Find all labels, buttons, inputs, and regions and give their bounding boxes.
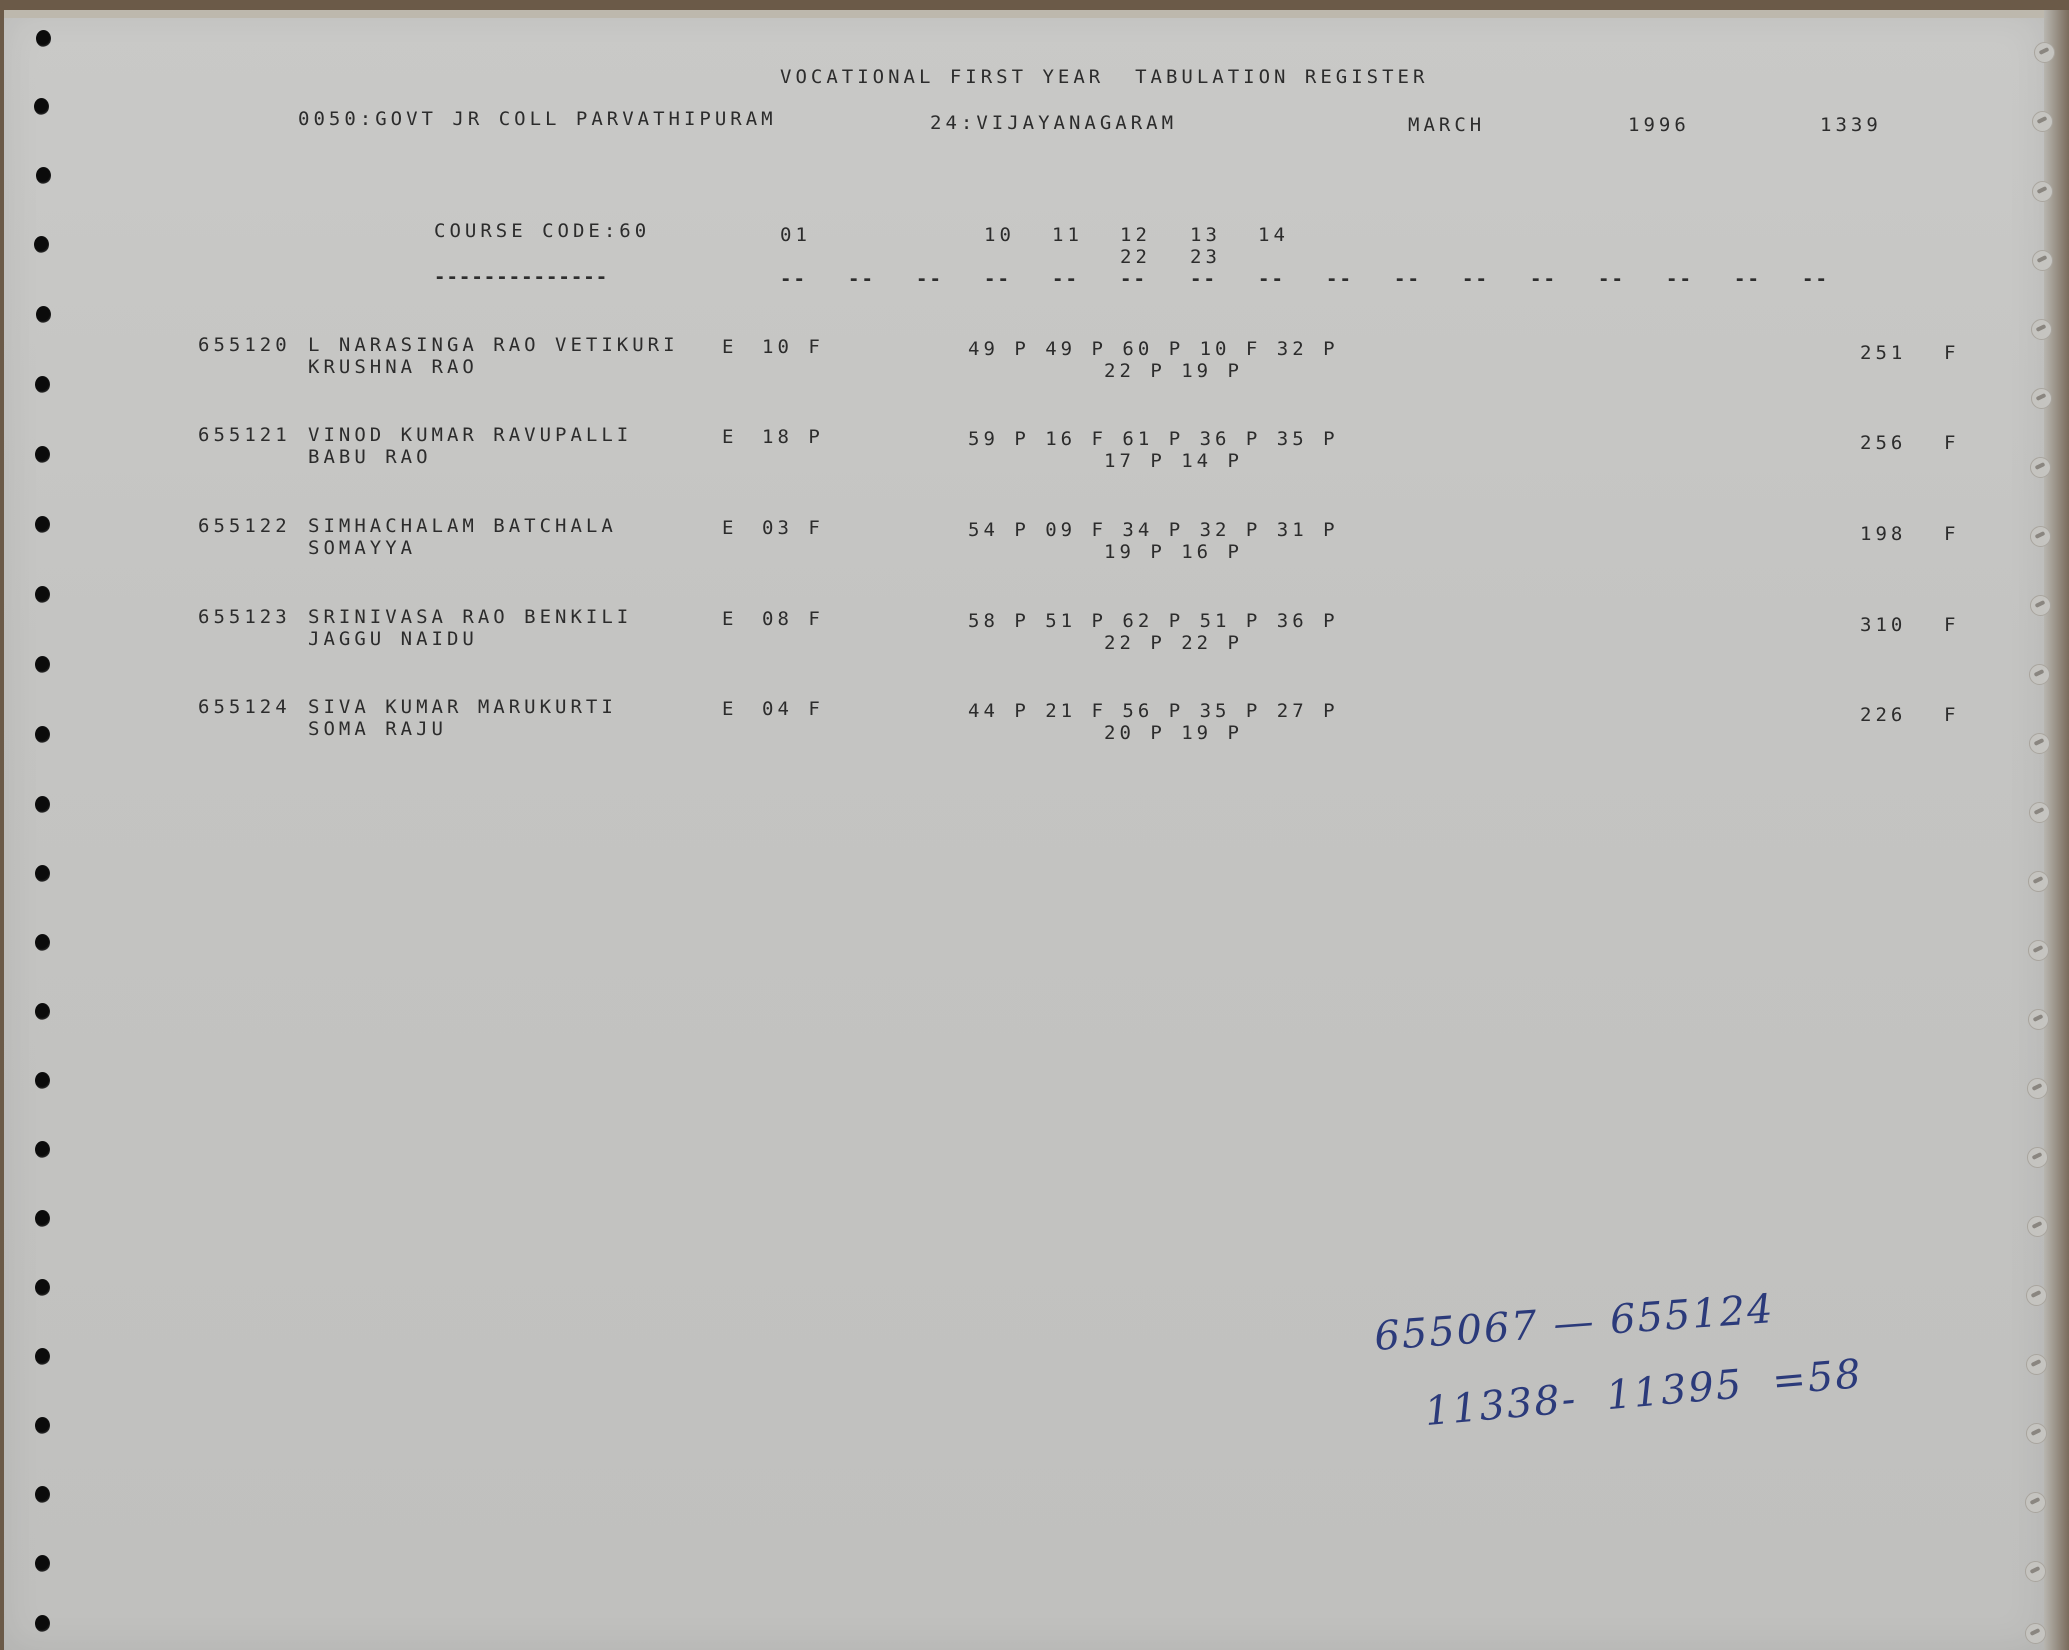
subject-code-23: 23 <box>1190 246 1221 268</box>
result-status: F <box>1944 704 1959 726</box>
total-marks: 198 <box>1860 523 1906 545</box>
feed-hole-icon <box>35 1210 50 1227</box>
column-dash: -- <box>1120 268 1147 290</box>
subject-marks-row1: 49 P 49 P 60 P 10 F 32 P <box>968 338 1339 360</box>
total-marks: 310 <box>1860 614 1906 636</box>
student-name: VINOD KUMAR RAVUPALLI <box>308 424 632 446</box>
feed-hole-icon <box>2025 1623 2046 1644</box>
feed-hole-icon <box>2028 940 2049 961</box>
column-dash: -- <box>1190 268 1217 290</box>
hall-ticket-number: 655122 <box>198 515 291 537</box>
column-dash: -- <box>1394 268 1421 290</box>
result-status: F <box>1944 342 1959 364</box>
feed-hole-icon <box>35 796 50 813</box>
feed-hole-icon <box>35 865 50 882</box>
feed-hole-icon <box>2032 181 2053 202</box>
feed-hole-icon <box>35 586 50 603</box>
feed-hole-icon <box>34 98 49 115</box>
feed-hole-icon <box>2025 1561 2046 1582</box>
subject-01-marks: 18 P <box>762 426 824 448</box>
feed-hole-icon <box>2032 250 2053 271</box>
result-status: F <box>1944 432 1959 454</box>
subject-marks-row2: 17 P 14 P <box>1104 450 1243 472</box>
college-name: 0050:GOVT JR COLL PARVATHIPURAM <box>298 108 777 130</box>
subject-code-22: 22 <box>1120 246 1151 268</box>
father-name: BABU RAO <box>308 446 432 468</box>
feed-hole-icon <box>36 167 51 184</box>
feed-hole-icon <box>35 1072 50 1089</box>
subject-marks-row2: 22 P 19 P <box>1104 360 1243 382</box>
subject-code-10: 10 <box>984 224 1015 246</box>
paper-top-edge <box>4 10 2044 18</box>
column-dash: -- <box>1326 268 1353 290</box>
subject-marks-row1: 44 P 21 F 56 P 35 P 27 P <box>968 700 1339 722</box>
column-dash: -- <box>1666 268 1693 290</box>
feed-hole-icon <box>2034 42 2055 63</box>
student-name: SIMHACHALAM BATCHALA <box>308 515 617 537</box>
feed-hole-icon <box>35 1348 50 1365</box>
subject-marks-row1: 59 P 16 F 61 P 36 P 35 P <box>968 428 1339 450</box>
feed-hole-icon <box>2026 1423 2047 1444</box>
total-marks: 226 <box>1860 704 1906 726</box>
feed-hole-icon <box>34 236 49 253</box>
subject-code-11: 11 <box>1052 224 1083 246</box>
student-record: 655120 L NARASINGA RAO VETIKURI KRUSHNA … <box>4 334 2044 394</box>
subject-marks-row1: 58 P 51 P 62 P 51 P 36 P <box>968 610 1339 632</box>
feed-hole-icon <box>2027 1078 2048 1099</box>
column-dash: -- <box>984 268 1011 290</box>
feed-hole-icon <box>35 1615 50 1632</box>
medium: E <box>722 698 737 720</box>
subject-marks-row2: 22 P 22 P <box>1104 632 1243 654</box>
page-number: 1339 <box>1820 114 1882 136</box>
feed-hole-icon <box>2027 1216 2048 1237</box>
subject-marks-row2: 19 P 16 P <box>1104 541 1243 563</box>
student-record: 655121 VINOD KUMAR RAVUPALLI BABU RAO E … <box>4 424 2044 484</box>
medium: E <box>722 608 737 630</box>
hall-ticket-number: 655124 <box>198 696 291 718</box>
course-code-label: COURSE CODE:60 <box>434 220 650 242</box>
student-name: L NARASINGA RAO VETIKURI <box>308 334 679 356</box>
column-dash: -- <box>1052 268 1079 290</box>
subject-01-marks: 08 F <box>762 608 824 630</box>
student-name: SRINIVASA RAO BENKILI <box>308 606 632 628</box>
course-code-underline: -------------- <box>434 266 608 288</box>
feed-hole-icon <box>2028 1009 2049 1030</box>
feed-hole-icon <box>36 306 51 323</box>
feed-hole-icon <box>35 1417 50 1434</box>
student-record: 655124 SIVA KUMAR MARUKURTI SOMA RAJU E … <box>4 696 2044 756</box>
feed-hole-icon <box>2032 111 2053 132</box>
subject-code-13: 13 <box>1190 224 1221 246</box>
column-dash: -- <box>1734 268 1761 290</box>
subject-marks-row1: 54 P 09 F 34 P 32 P 31 P <box>968 519 1339 541</box>
feed-hole-icon <box>36 30 51 47</box>
column-dash: -- <box>1802 268 1829 290</box>
student-record: 655122 SIMHACHALAM BATCHALA SOMAYYA E 03… <box>4 515 2044 575</box>
column-dash: -- <box>1530 268 1557 290</box>
handwritten-count-note: 11338- 11395 =58 <box>1423 1351 1865 1435</box>
subject-01-marks: 03 F <box>762 517 824 539</box>
register-title: VOCATIONAL FIRST YEAR TABULATION REGISTE… <box>780 66 1428 88</box>
student-record: 655123 SRINIVASA RAO BENKILI JAGGU NAIDU… <box>4 606 2044 666</box>
handwritten-range-note: 655067 — 655124 <box>1373 1286 1776 1360</box>
feed-hole-icon <box>2029 802 2050 823</box>
student-name: SIVA KUMAR MARUKURTI <box>308 696 617 718</box>
column-dash: -- <box>848 268 875 290</box>
father-name: SOMA RAJU <box>308 718 447 740</box>
father-name: KRUSHNA RAO <box>308 356 478 378</box>
column-dash: -- <box>916 268 943 290</box>
column-dash: -- <box>1462 268 1489 290</box>
feed-hole-icon <box>2025 1492 2046 1513</box>
total-marks: 251 <box>1860 342 1906 364</box>
result-status: F <box>1944 523 1959 545</box>
medium: E <box>722 426 737 448</box>
feed-hole-icon <box>35 1141 50 1158</box>
subject-marks-row2: 20 P 19 P <box>1104 722 1243 744</box>
column-dash: -- <box>1598 268 1625 290</box>
subject-01-marks: 10 F <box>762 336 824 358</box>
feed-hole-icon <box>2028 871 2049 892</box>
feed-hole-icon <box>35 1486 50 1503</box>
subject-code-14: 14 <box>1258 224 1289 246</box>
subject-01-marks: 04 F <box>762 698 824 720</box>
feed-hole-icon <box>35 934 50 951</box>
feed-hole-icon <box>2027 1147 2048 1168</box>
column-dash: -- <box>1258 268 1285 290</box>
feed-hole-icon <box>35 1003 50 1020</box>
hall-ticket-number: 655123 <box>198 606 291 628</box>
result-status: F <box>1944 614 1959 636</box>
hall-ticket-number: 655120 <box>198 334 291 356</box>
feed-hole-icon <box>2026 1354 2047 1375</box>
total-marks: 256 <box>1860 432 1906 454</box>
hall-ticket-number: 655121 <box>198 424 291 446</box>
exam-year: 1996 <box>1628 114 1690 136</box>
feed-hole-icon <box>2029 664 2050 685</box>
father-name: SOMAYYA <box>308 537 416 559</box>
feed-hole-icon <box>35 1555 50 1572</box>
feed-hole-icon <box>2026 1285 2047 1306</box>
tabulation-register-sheet: VOCATIONAL FIRST YEAR TABULATION REGISTE… <box>4 10 2044 1650</box>
feed-hole-icon <box>35 1279 50 1296</box>
medium: E <box>722 336 737 358</box>
district-name: 24:VIJAYANAGARAM <box>930 112 1177 134</box>
exam-month: MARCH <box>1408 114 1485 136</box>
medium: E <box>722 517 737 539</box>
column-dash: -- <box>780 268 807 290</box>
subject-code-12: 12 <box>1120 224 1151 246</box>
father-name: JAGGU NAIDU <box>308 628 478 650</box>
subject-code-01: 01 <box>780 224 811 246</box>
